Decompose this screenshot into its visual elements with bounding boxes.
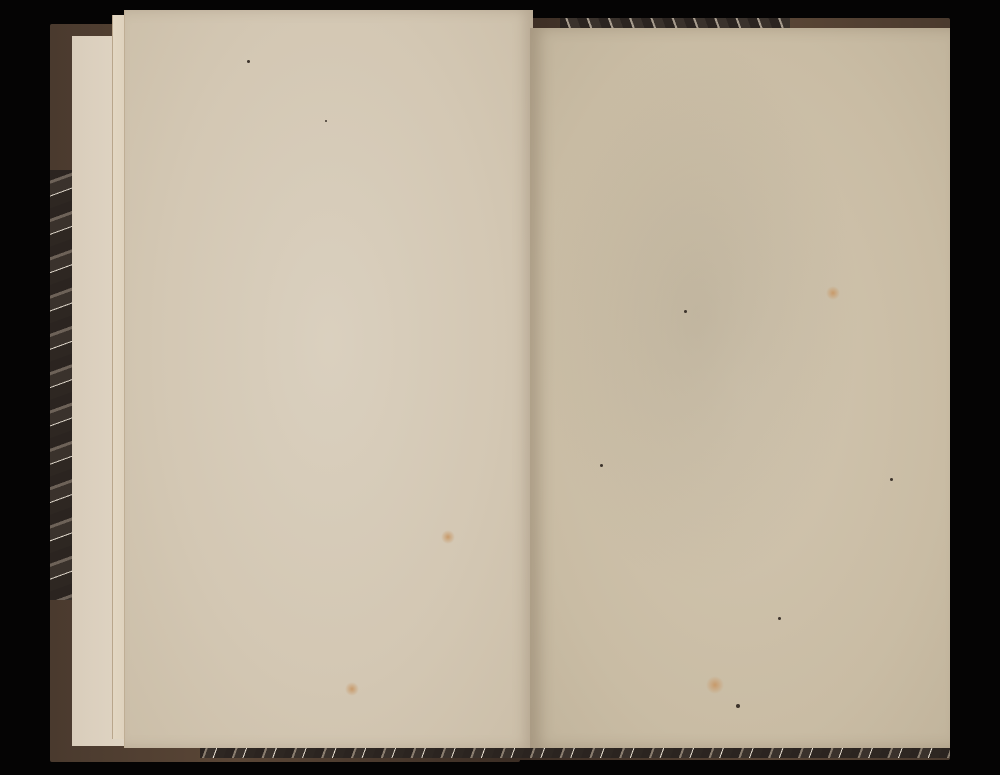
speck bbox=[325, 120, 327, 122]
marbled-cover-edge-left bbox=[50, 170, 72, 600]
speck bbox=[684, 310, 687, 313]
foxing-stain bbox=[706, 676, 724, 694]
speck bbox=[600, 464, 603, 467]
foxing-stain bbox=[441, 530, 455, 544]
speck bbox=[778, 617, 781, 620]
left-page bbox=[124, 10, 533, 748]
foxing-stain bbox=[826, 286, 840, 300]
speck bbox=[890, 478, 893, 481]
speck bbox=[736, 704, 740, 708]
right-page bbox=[530, 28, 950, 748]
foxing-stain bbox=[345, 682, 359, 696]
speck bbox=[247, 60, 250, 63]
